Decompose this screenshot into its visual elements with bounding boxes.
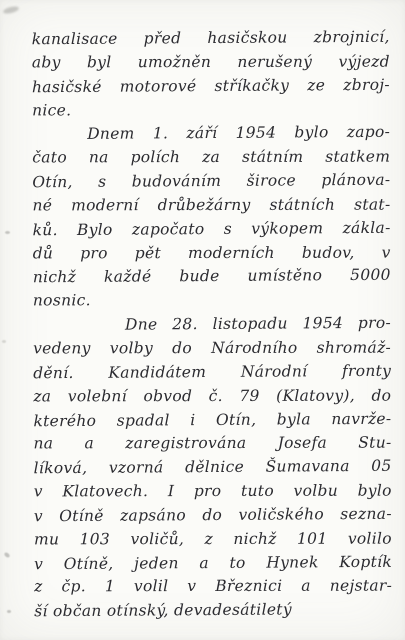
handwritten-line: né moderní drůbežárny státních stat- (32, 194, 390, 219)
manuscript-page: kanalisace před hasičskou zbrojnicí,aby … (0, 0, 405, 640)
paragraph: Dnem 1. září 1954 bylo zapo-čato na polí… (32, 122, 391, 314)
handwritten-line: hasičské motorové stříkačky ze zbroj- (32, 73, 390, 99)
handwritten-line: Otín, s budováním široce plánova- (32, 169, 390, 195)
handwritten-line: dů pro pět moderních budov, v (33, 241, 391, 266)
handwritten-line: nichž každé bude umístěno 5000 (33, 264, 391, 290)
paragraph: kanalisace před hasičskou zbrojnicí,aby … (32, 26, 390, 123)
handwritten-line: v Otíně zapsáno do voličského sezna- (34, 503, 392, 529)
handwritten-line: líková, vzorná dělnice Šumavana 05 (34, 455, 392, 481)
ink-smudge (3, 552, 10, 559)
ink-smudge (7, 610, 11, 613)
handwritten-line: čato na polích za státním statkem (32, 146, 390, 171)
handwritten-line: za volební obvod č. 79 (Klatovy), do (33, 384, 391, 409)
handwritten-line: ší občan otínský, devadesátiletý (34, 598, 392, 624)
handwritten-line: vedeny volby do Národního shromáž- (33, 337, 391, 362)
handwritten-line: nosnic. (33, 289, 391, 314)
handwritten-line: mu 103 voličů, z nichž 101 volilo (34, 527, 392, 552)
handwritten-line: nice. (32, 98, 390, 123)
handwritten-line: v Otíně, jeden a to Hynek Koptík (34, 550, 392, 576)
handwritten-line: ků. Bylo započato s výkopem zákla- (33, 217, 391, 243)
handwritten-line: v Klatovech. I pro tuto volbu bylo (34, 480, 392, 505)
handwritten-line: Dnem 1. září 1954 bylo zapo- (32, 121, 390, 147)
handwritten-line: z čp. 1 volil v Březnici a nejstar- (34, 575, 392, 600)
paragraph: Dne 28. listopadu 1954 pro-vedeny volby … (33, 312, 392, 624)
handwritten-line: dění. Kandidátem Národní fronty (33, 360, 391, 386)
ink-smudge (3, 5, 20, 15)
manuscript-text: kanalisace před hasičskou zbrojnicí,aby … (32, 26, 393, 624)
handwritten-line: kanalisace před hasičskou zbrojnicí, (32, 26, 390, 52)
handwritten-line: kterého spadal i Otín, byla navrže- (33, 407, 391, 433)
handwritten-line: na a zaregistrována Josefa Stu- (33, 432, 391, 457)
ink-smudge (5, 231, 10, 234)
handwritten-line: aby byl umožněn nerušený výjezd (32, 50, 390, 75)
ink-smudge (2, 340, 6, 343)
handwritten-line: Dne 28. listopadu 1954 pro- (33, 312, 391, 338)
